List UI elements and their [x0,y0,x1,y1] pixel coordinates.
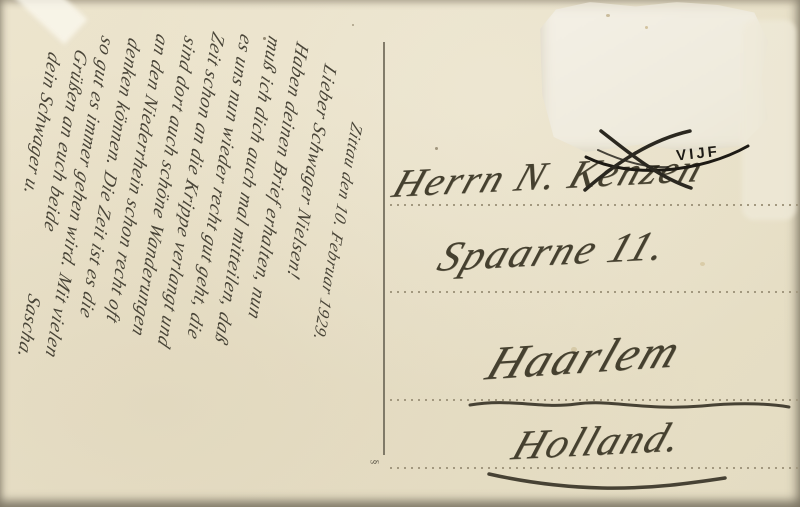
address-rule-1 [390,204,800,206]
paper-speck [352,24,354,26]
torn-stamp-area [540,2,768,152]
address-street: Spaarne 11. [431,222,674,282]
address-rule-3 [390,399,800,401]
address-city: Haarlem [479,324,690,392]
address-recipient: Herrn N. Kenzen [387,144,712,207]
printer-mark: § [369,459,381,465]
paper-speck [645,26,648,29]
paper-speck [606,14,610,17]
underline-city [470,403,789,408]
paper-speck [435,147,438,150]
address-divider-line [383,42,385,455]
address-rule-4 [390,467,800,469]
paper-speck [700,262,705,266]
corner-crease [0,0,87,44]
address-rule-2 [390,291,800,293]
address-country: Holland. [506,414,690,471]
postcard-scan: § Zittau den 10. Februar 1929. Lieber Sc… [0,0,800,507]
underline-country [489,474,725,488]
torn-edge-area [742,20,796,220]
